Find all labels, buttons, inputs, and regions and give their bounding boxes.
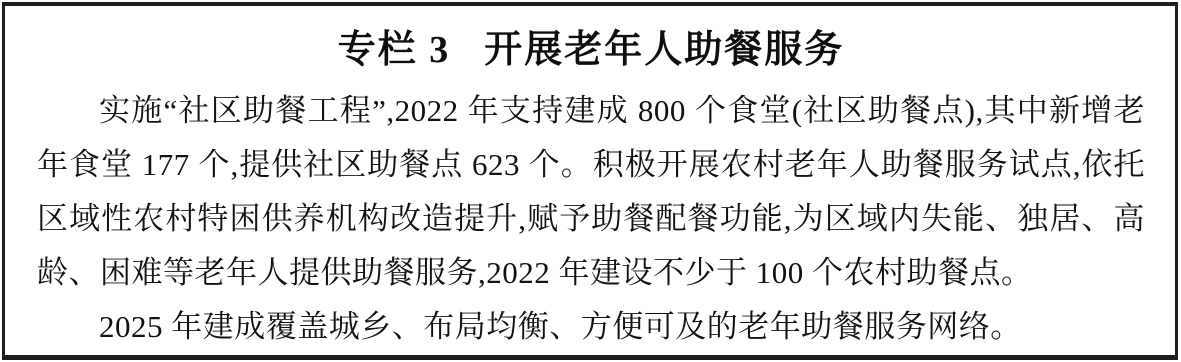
body-paragraph: 2025 年建成覆盖城乡、布局均衡、方便可及的老年助餐服务网络。 <box>37 300 1145 354</box>
column-title-number: 专栏 3 <box>338 29 451 71</box>
column-title-text: 开展老年人助餐服务 <box>484 29 844 71</box>
column-body: 实施“社区助餐工程”,2022 年支持建成 800 个食堂(社区助餐点),其中新… <box>37 84 1145 354</box>
column-title: 专栏 3开展老年人助餐服务 <box>37 26 1145 74</box>
body-paragraph: 实施“社区助餐工程”,2022 年支持建成 800 个食堂(社区助餐点),其中新… <box>37 84 1145 300</box>
policy-column-box: 专栏 3开展老年人助餐服务 实施“社区助餐工程”,2022 年支持建成 800 … <box>2 2 1178 360</box>
document-page: 专栏 3开展老年人助餐服务 实施“社区助餐工程”,2022 年支持建成 800 … <box>0 0 1181 362</box>
